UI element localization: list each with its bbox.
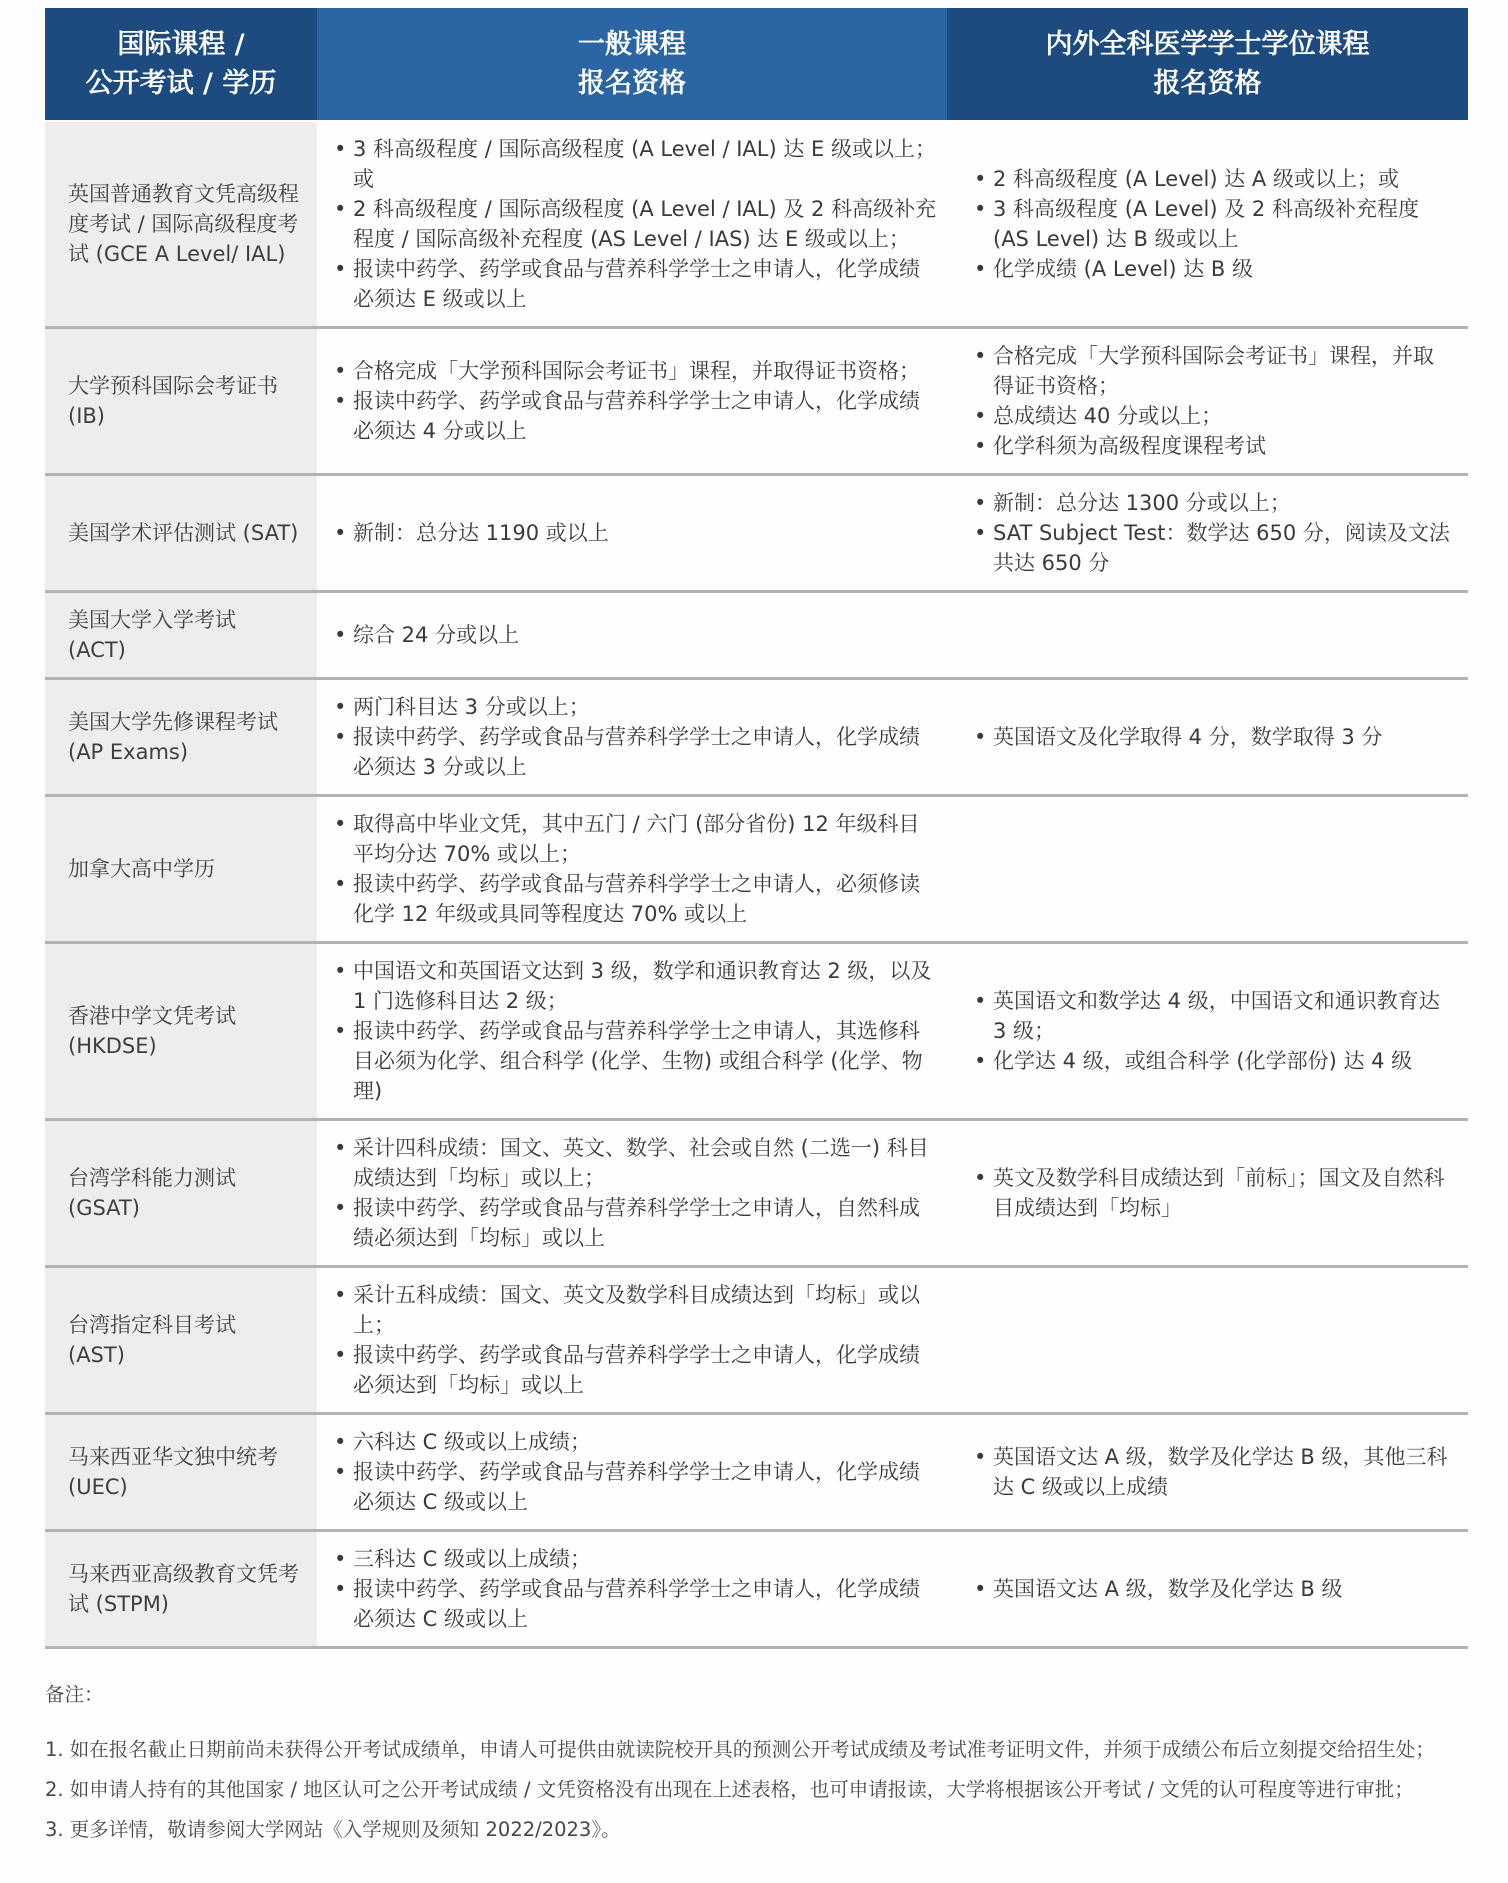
notes-list: 1. 如在报名截止日期前尚未获得公开考试成绩单，申请人可提供由就读院校开具的预测… [45, 1735, 1468, 1844]
qualification-label: 英国普通教育文凭高级程度考试 / 国际高级程度考试 (GCE A Level/ … [68, 179, 299, 269]
requirement-item: 中国语文和英国语文达到 3 级，数学和通识教育达 2 级，以及 1 门选修科目达… [329, 956, 939, 1016]
qualification-cell: 美国大学先修课程考试 (AP Exams) [45, 680, 317, 794]
requirement-item: SAT Subject Test：数学达 650 分，阅读及文法共达 650 分 [969, 518, 1454, 578]
mbbs-requirements-cell [947, 1268, 1468, 1412]
mbbs-requirements-cell: 英国语文达 A 级，数学及化学达 B 级，其他三科达 C 级或以上成绩 [947, 1415, 1468, 1529]
requirement-item: 英国语文达 A 级，数学及化学达 B 级 [969, 1574, 1454, 1604]
requirement-item: 3 科高级程度 (A Level) 及 2 科高级补充程度 (AS Level)… [969, 194, 1454, 254]
qualification-cell: 马来西亚高级教育文凭考试 (STPM) [45, 1532, 317, 1646]
mbbs-requirements-cell [947, 797, 1468, 941]
requirement-item: 三科达 C 级或以上成绩； [329, 1544, 939, 1574]
requirement-item: 报读中药学、药学或食品与营养科学学士之申请人，化学成绩必须达 3 分或以上 [329, 722, 939, 782]
general-requirements-cell: 综合 24 分或以上 [317, 593, 947, 677]
requirement-item: 两门科目达 3 分或以上； [329, 692, 939, 722]
table-body: 英国普通教育文凭高级程度考试 / 国际高级程度考试 (GCE A Level/ … [45, 122, 1468, 1649]
general-requirements-cell: 取得高中毕业文凭，其中五门 / 六门 (部分省份) 12 年级科目平均分达 70… [317, 797, 947, 941]
requirement-item: 报读中药学、药学或食品与营养科学学士之申请人，化学成绩必须达到「均标」或以上 [329, 1340, 939, 1400]
table-row: 英国普通教育文凭高级程度考试 / 国际高级程度考试 (GCE A Level/ … [45, 122, 1468, 329]
requirement-item: 采计五科成绩：国文、英文及数学科目成绩达到「均标」或以上； [329, 1280, 939, 1340]
general-requirements-cell: 六科达 C 级或以上成绩；报读中药学、药学或食品与营养科学学士之申请人，化学成绩… [317, 1415, 947, 1529]
note-item: 2. 如申请人持有的其他国家 / 地区认可之公开考试成绩 / 文凭资格没有出现在… [45, 1775, 1468, 1804]
requirement-item: 英文及数学科目成绩达到「前标」；国文及自然科目成绩达到「均标」 [969, 1163, 1454, 1223]
qualification-label: 马来西亚华文独中统考 (UEC) [68, 1442, 299, 1502]
qualification-label: 美国大学先修课程考试 (AP Exams) [68, 707, 299, 767]
requirement-item: 新制：总分达 1190 或以上 [329, 518, 939, 548]
requirement-item: 英国语文达 A 级，数学及化学达 B 级，其他三科达 C 级或以上成绩 [969, 1442, 1454, 1502]
qualification-cell: 美国大学入学考试 (ACT) [45, 593, 317, 677]
requirement-item: 合格完成「大学预科国际会考证书」课程，并取得证书资格； [329, 356, 939, 386]
qualification-cell: 美国学术评估测试 (SAT) [45, 476, 317, 590]
notes-section: 备注： 1. 如在报名截止日期前尚未获得公开考试成绩单，申请人可提供由就读院校开… [45, 1681, 1468, 1844]
column-header-mbbs-programme: 内外全科医学学士学位课程 报名资格 [947, 8, 1468, 120]
qualification-cell: 大学预科国际会考证书 (IB) [45, 329, 317, 473]
general-requirements-cell: 3 科高级程度 / 国际高级程度 (A Level / IAL) 达 E 级或以… [317, 122, 947, 326]
table-row: 台湾指定科目考试 (AST)采计五科成绩：国文、英文及数学科目成绩达到「均标」或… [45, 1268, 1468, 1415]
table-row: 美国学术评估测试 (SAT)新制：总分达 1190 或以上新制：总分达 1300… [45, 476, 1468, 593]
requirement-item: 3 科高级程度 / 国际高级程度 (A Level / IAL) 达 E 级或以… [329, 134, 939, 194]
note-item: 1. 如在报名截止日期前尚未获得公开考试成绩单，申请人可提供由就读院校开具的预测… [45, 1735, 1468, 1764]
qualification-cell: 香港中学文凭考试 (HKDSE) [45, 944, 317, 1118]
mbbs-requirements-cell: 英文及数学科目成绩达到「前标」；国文及自然科目成绩达到「均标」 [947, 1121, 1468, 1265]
general-requirements-cell: 采计四科成绩：国文、英文、数学、社会或自然 (二选一) 科目成绩达到「均标」或以… [317, 1121, 947, 1265]
qualification-label: 台湾学科能力测试 (GSAT) [68, 1163, 299, 1223]
mbbs-requirements-cell: 合格完成「大学预科国际会考证书」课程，并取得证书资格；总成绩达 40 分或以上；… [947, 329, 1468, 473]
mbbs-requirements-cell [947, 593, 1468, 677]
table-row: 马来西亚高级教育文凭考试 (STPM)三科达 C 级或以上成绩；报读中药学、药学… [45, 1532, 1468, 1649]
table-header-row: 国际课程 / 公开考试 / 学历 一般课程 报名资格 内外全科医学学士学位课程 … [45, 8, 1468, 120]
notes-label: 备注： [45, 1681, 1468, 1709]
requirement-item: 报读中药学、药学或食品与营养科学学士之申请人，其选修科目必须为化学、组合科学 (… [329, 1016, 939, 1106]
table-row: 加拿大高中学历取得高中毕业文凭，其中五门 / 六门 (部分省份) 12 年级科目… [45, 797, 1468, 944]
requirement-item: 六科达 C 级或以上成绩； [329, 1427, 939, 1457]
requirement-item: 报读中药学、药学或食品与营养科学学士之申请人，必须修读化学 12 年级或具同等程… [329, 869, 939, 929]
requirement-item: 报读中药学、药学或食品与营养科学学士之申请人，自然科成绩必须达到「均标」或以上 [329, 1193, 939, 1253]
mbbs-requirements-cell: 英国语文和数学达 4 级，中国语文和通识教育达 3 级；化学达 4 级，或组合科… [947, 944, 1468, 1118]
table-row: 马来西亚华文独中统考 (UEC)六科达 C 级或以上成绩；报读中药学、药学或食品… [45, 1415, 1468, 1532]
qualification-label: 大学预科国际会考证书 (IB) [68, 371, 299, 431]
table-row: 香港中学文凭考试 (HKDSE)中国语文和英国语文达到 3 级，数学和通识教育达… [45, 944, 1468, 1121]
qualification-cell: 英国普通教育文凭高级程度考试 / 国际高级程度考试 (GCE A Level/ … [45, 122, 317, 326]
requirement-item: 化学成绩 (A Level) 达 B 级 [969, 254, 1454, 284]
requirement-item: 总成绩达 40 分或以上； [969, 401, 1454, 431]
table-row: 美国大学先修课程考试 (AP Exams)两门科目达 3 分或以上；报读中药学、… [45, 680, 1468, 797]
qualification-cell: 马来西亚华文独中统考 (UEC) [45, 1415, 317, 1529]
table-row: 台湾学科能力测试 (GSAT)采计四科成绩：国文、英文、数学、社会或自然 (二选… [45, 1121, 1468, 1268]
requirement-item: 英国语文和数学达 4 级，中国语文和通识教育达 3 级； [969, 986, 1454, 1046]
mbbs-requirements-cell: 新制：总分达 1300 分或以上；SAT Subject Test：数学达 65… [947, 476, 1468, 590]
qualification-label: 香港中学文凭考试 (HKDSE) [68, 1001, 299, 1061]
table-row: 大学预科国际会考证书 (IB)合格完成「大学预科国际会考证书」课程，并取得证书资… [45, 329, 1468, 476]
general-requirements-cell: 合格完成「大学预科国际会考证书」课程，并取得证书资格；报读中药学、药学或食品与营… [317, 329, 947, 473]
mbbs-requirements-cell: 2 科高级程度 (A Level) 达 A 级或以上；或3 科高级程度 (A L… [947, 122, 1468, 326]
note-item: 3. 更多详情，敬请参阅大学网站《入学规则及须知 2022/2023》。 [45, 1815, 1468, 1844]
requirement-item: 新制：总分达 1300 分或以上； [969, 488, 1454, 518]
qualification-label: 美国大学入学考试 (ACT) [68, 605, 299, 665]
requirement-item: 采计四科成绩：国文、英文、数学、社会或自然 (二选一) 科目成绩达到「均标」或以… [329, 1133, 939, 1193]
requirement-item: 综合 24 分或以上 [329, 620, 939, 650]
qualification-label: 马来西亚高级教育文凭考试 (STPM) [68, 1559, 299, 1619]
qualification-cell: 加拿大高中学历 [45, 797, 317, 941]
requirement-item: 取得高中毕业文凭，其中五门 / 六门 (部分省份) 12 年级科目平均分达 70… [329, 809, 939, 869]
requirement-item: 合格完成「大学预科国际会考证书」课程，并取得证书资格； [969, 341, 1454, 401]
requirements-table: 国际课程 / 公开考试 / 学历 一般课程 报名资格 内外全科医学学士学位课程 … [45, 8, 1468, 1649]
table-row: 美国大学入学考试 (ACT)综合 24 分或以上 [45, 593, 1468, 680]
requirement-item: 化学科须为高级程度课程考试 [969, 431, 1454, 461]
requirement-item: 报读中药学、药学或食品与营养科学学士之申请人，化学成绩必须达 E 级或以上 [329, 254, 939, 314]
requirement-item: 报读中药学、药学或食品与营养科学学士之申请人，化学成绩必须达 C 级或以上 [329, 1574, 939, 1634]
mbbs-requirements-cell: 英国语文达 A 级，数学及化学达 B 级 [947, 1532, 1468, 1646]
admission-requirements-document: 国际课程 / 公开考试 / 学历 一般课程 报名资格 内外全科医学学士学位课程 … [0, 0, 1508, 1883]
qualification-cell: 台湾指定科目考试 (AST) [45, 1268, 317, 1412]
requirement-item: 2 科高级程度 (A Level) 达 A 级或以上；或 [969, 164, 1454, 194]
requirement-item: 英国语文及化学取得 4 分，数学取得 3 分 [969, 722, 1454, 752]
general-requirements-cell: 三科达 C 级或以上成绩；报读中药学、药学或食品与营养科学学士之申请人，化学成绩… [317, 1532, 947, 1646]
requirement-item: 2 科高级程度 / 国际高级程度 (A Level / IAL) 及 2 科高级… [329, 194, 939, 254]
qualification-label: 美国学术评估测试 (SAT) [68, 518, 298, 548]
requirement-item: 化学达 4 级，或组合科学 (化学部份) 达 4 级 [969, 1046, 1454, 1076]
qualification-label: 台湾指定科目考试 (AST) [68, 1310, 299, 1370]
requirement-item: 报读中药学、药学或食品与营养科学学士之申请人，化学成绩必须达 4 分或以上 [329, 386, 939, 446]
qualification-cell: 台湾学科能力测试 (GSAT) [45, 1121, 317, 1265]
column-header-general-programmes: 一般课程 报名资格 [317, 8, 947, 120]
requirement-item: 报读中药学、药学或食品与营养科学学士之申请人，化学成绩必须达 C 级或以上 [329, 1457, 939, 1517]
general-requirements-cell: 采计五科成绩：国文、英文及数学科目成绩达到「均标」或以上；报读中药学、药学或食品… [317, 1268, 947, 1412]
column-header-qualification: 国际课程 / 公开考试 / 学历 [45, 8, 317, 120]
general-requirements-cell: 两门科目达 3 分或以上；报读中药学、药学或食品与营养科学学士之申请人，化学成绩… [317, 680, 947, 794]
general-requirements-cell: 中国语文和英国语文达到 3 级，数学和通识教育达 2 级，以及 1 门选修科目达… [317, 944, 947, 1118]
mbbs-requirements-cell: 英国语文及化学取得 4 分，数学取得 3 分 [947, 680, 1468, 794]
qualification-label: 加拿大高中学历 [68, 854, 215, 884]
general-requirements-cell: 新制：总分达 1190 或以上 [317, 476, 947, 590]
